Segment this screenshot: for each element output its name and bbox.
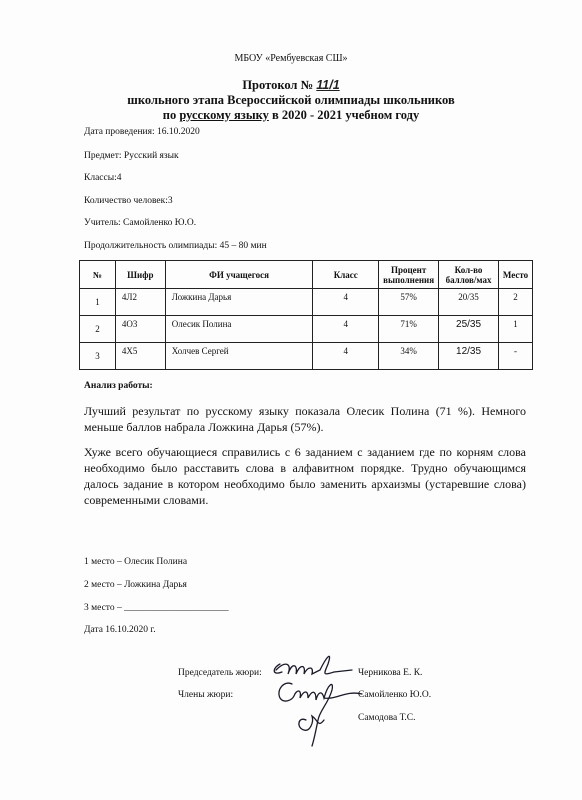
analysis-heading: Анализ работы: xyxy=(84,381,153,391)
meta-duration: Продолжительность олимпиады: 45 – 80 мин xyxy=(84,241,267,251)
header-code: Шифр xyxy=(115,261,165,289)
cell-class: 4 xyxy=(313,343,379,370)
organization-name: МБОУ «Рембуевская СШ» xyxy=(0,53,582,64)
meta-count: Количество человек:3 xyxy=(84,196,173,206)
signatures-icon xyxy=(262,650,372,750)
cell-percent: 34% xyxy=(379,343,439,370)
cell-score: 12/35 xyxy=(439,343,499,370)
jury-chair-label: Председатель жюри: xyxy=(178,668,262,678)
cell-name: Олесик Полина xyxy=(165,316,313,343)
cell-percent: 71% xyxy=(379,316,439,343)
cell-percent: 57% xyxy=(379,289,439,316)
header-place: Место xyxy=(498,261,532,289)
meta-subject: Предмет: Русский язык xyxy=(84,151,179,161)
cell-code: 4Х5 xyxy=(115,343,165,370)
header-number: № xyxy=(80,261,116,289)
cell-name: Холчев Сергей xyxy=(165,343,313,370)
header-score: Кол-во баллов/мах xyxy=(439,261,499,289)
meta-classes: Классы:4 xyxy=(84,173,122,183)
protocol-prefix: Протокол № xyxy=(242,78,313,92)
protocol-date: Дата 16.10.2020 г. xyxy=(84,625,156,635)
title-line-2: школьного этапа Всероссийской олимпиады … xyxy=(0,93,582,108)
cell-score: 25/35 xyxy=(439,316,499,343)
protocol-title: Протокол № 11/1 школьного этапа Всеросси… xyxy=(0,78,582,123)
cell-number: 1 xyxy=(80,289,116,316)
cell-class: 4 xyxy=(313,289,379,316)
cell-place: 2 xyxy=(498,289,532,316)
table-row: 3 4Х5 Холчев Сергей 4 34% 12/35 - xyxy=(80,343,533,370)
cell-place: 1 xyxy=(498,316,532,343)
table-row: 1 4Л2 Ложкина Дарья 4 57% 20/35 2 xyxy=(80,289,533,316)
table-row: 2 4О3 Олесик Полина 4 71% 25/35 1 xyxy=(80,316,533,343)
cell-score: 20/35 xyxy=(439,289,499,316)
table-header-row: № Шифр ФИ учащегося Класс Процент выполн… xyxy=(80,261,533,289)
second-place: 2 место – Ложкина Дарья xyxy=(84,580,187,590)
cell-code: 4Л2 xyxy=(115,289,165,316)
header-class: Класс xyxy=(313,261,379,289)
title-prefix: по xyxy=(163,108,180,122)
title-line-3: по русскому языку в 2020 - 2021 учебном … xyxy=(0,108,582,123)
cell-name: Ложкина Дарья xyxy=(165,289,313,316)
meta-teacher: Учитель: Самойленко Ю.О. xyxy=(84,218,196,228)
header-name: ФИ учащегося xyxy=(165,261,313,289)
meta-date: Дата проведения: 16.10.2020 xyxy=(84,127,200,137)
cell-place: - xyxy=(498,343,532,370)
document-page: МБОУ «Рембуевская СШ» Протокол № 11/1 шк… xyxy=(0,0,582,800)
header-percent: Процент выполнения xyxy=(379,261,439,289)
results-table: № Шифр ФИ учащегося Класс Процент выполн… xyxy=(79,260,533,370)
title-suffix: в 2020 - 2021 учебном году xyxy=(269,108,419,122)
cell-code: 4О3 xyxy=(115,316,165,343)
title-subject: русскому языку xyxy=(179,108,269,122)
first-place: 1 место – Олесик Полина xyxy=(84,557,187,567)
cell-number: 3 xyxy=(80,343,116,370)
jury-members-label: Члены жюри: xyxy=(178,690,233,700)
third-place: 3 место – ______________________ xyxy=(84,603,229,613)
protocol-number: 11/1 xyxy=(316,78,339,92)
protocol-heading: Протокол № 11/1 xyxy=(0,78,582,93)
analysis-paragraph-1: Лучший результат по русскому языку показ… xyxy=(84,403,526,435)
cell-class: 4 xyxy=(313,316,379,343)
cell-number: 2 xyxy=(80,316,116,343)
analysis-paragraph-2: Хуже всего обучающиеся справились с 6 за… xyxy=(84,444,526,508)
